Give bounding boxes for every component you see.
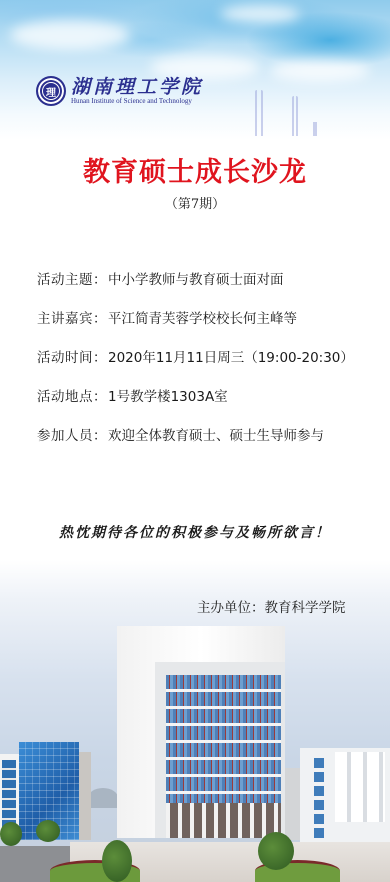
event-title: 教育硕士成长沙龙 bbox=[0, 150, 390, 189]
event-poster: 理 湖南理工学院 Hunan Institute of Science and … bbox=[0, 0, 390, 882]
detail-label: 活动主题： bbox=[37, 268, 107, 288]
university-name-cn: 湖南理工学院 bbox=[71, 77, 203, 97]
detail-value: 2020年11月11日周三（19:00-20:30） bbox=[108, 346, 354, 366]
university-emblem-icon: 理 bbox=[36, 76, 66, 106]
detail-time: 活动时间： 2020年11月11日周三（19:00-20:30） bbox=[37, 346, 377, 385]
sky-banner bbox=[0, 0, 390, 140]
detail-participants: 参加人员： 欢迎全体教育硕士、硕士生导师参与 bbox=[37, 424, 377, 463]
event-details: 活动主题： 中小学教师与教育硕士面对面 主讲嘉宾： 平江简青芙蓉学校校长何主峰等… bbox=[37, 268, 377, 463]
detail-theme: 活动主题： 中小学教师与教育硕士面对面 bbox=[37, 268, 377, 307]
campus-building-photo bbox=[0, 620, 390, 882]
detail-value: 1号教学楼1303A室 bbox=[108, 385, 228, 405]
university-name-en: Hunan Institute of Science and Technolog… bbox=[71, 97, 203, 105]
detail-value: 欢迎全体教育硕士、硕士生导师参与 bbox=[108, 424, 324, 444]
detail-label: 主讲嘉宾： bbox=[37, 307, 107, 327]
detail-value: 平江简青芙蓉学校校长何主峰等 bbox=[108, 307, 297, 327]
university-logo: 理 湖南理工学院 Hunan Institute of Science and … bbox=[36, 76, 203, 106]
event-organizer: 主办单位：教育科学学院 bbox=[197, 596, 346, 616]
detail-label: 参加人员： bbox=[37, 424, 107, 444]
detail-location: 活动地点： 1号教学楼1303A室 bbox=[37, 385, 377, 424]
event-issue: （第7期） bbox=[0, 193, 390, 212]
detail-label: 活动地点： bbox=[37, 385, 107, 405]
detail-value: 中小学教师与教育硕士面对面 bbox=[108, 268, 284, 288]
event-slogan: 热忱期待各位的积极参与及畅所欲言！ bbox=[0, 522, 390, 542]
detail-speaker: 主讲嘉宾： 平江简青芙蓉学校校长何主峰等 bbox=[37, 307, 377, 346]
detail-label: 活动时间： bbox=[37, 346, 107, 366]
